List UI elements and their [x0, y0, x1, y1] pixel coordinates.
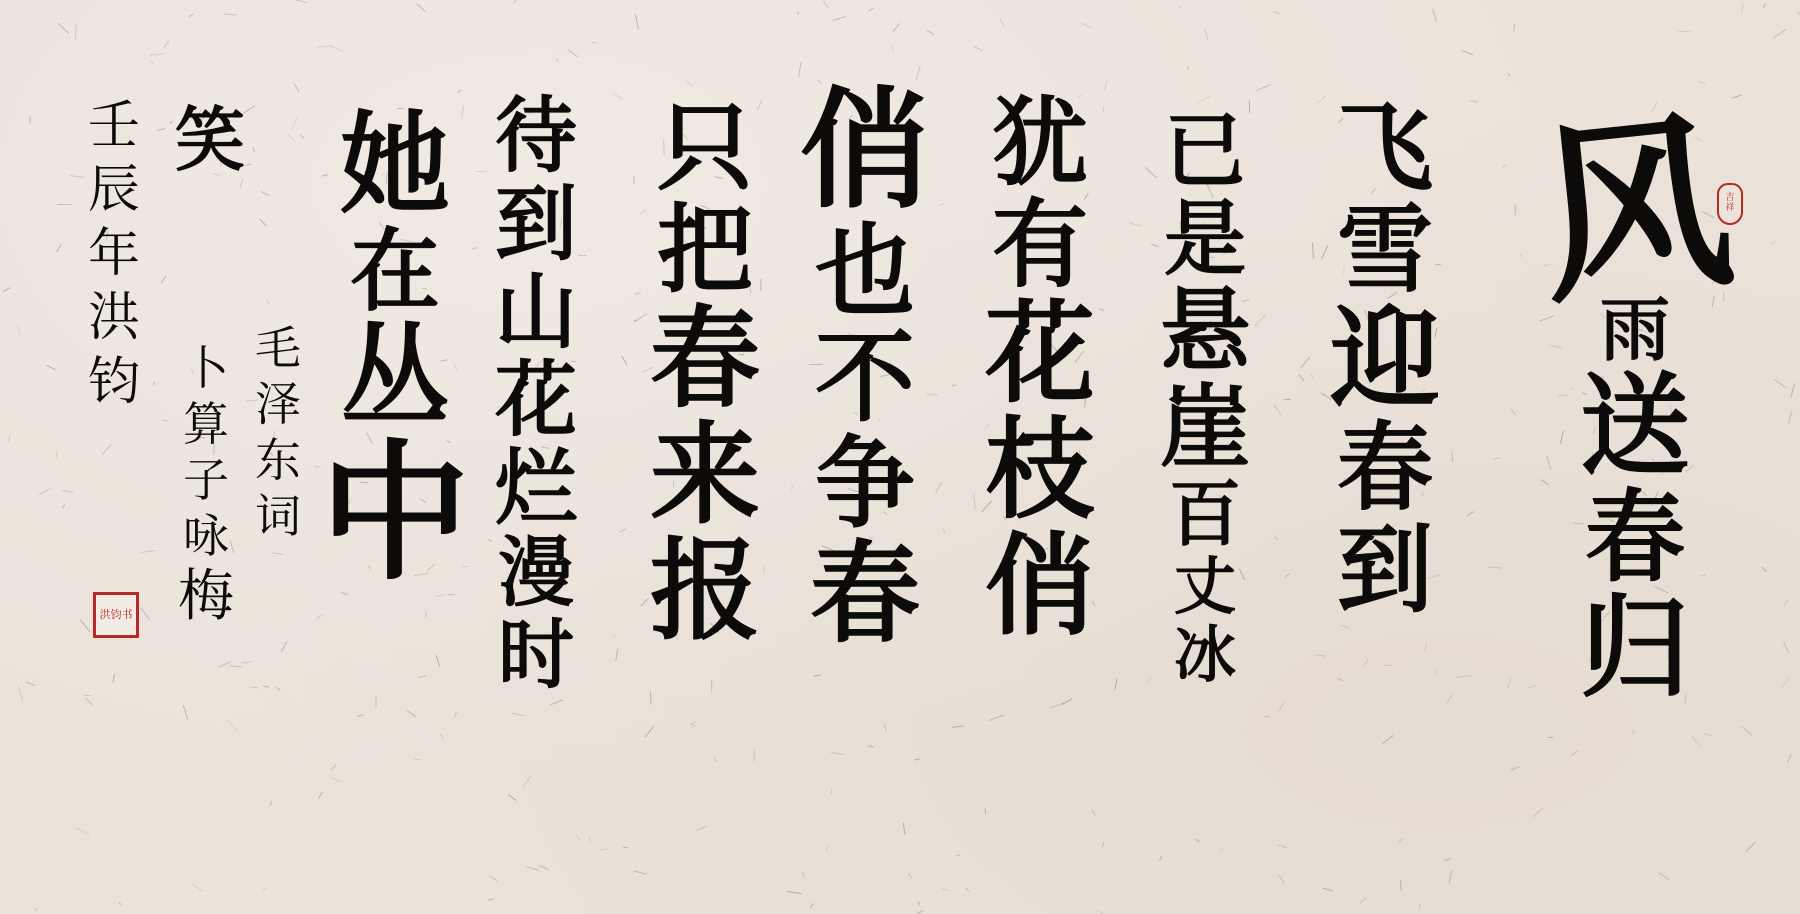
inscription-column-author: 毛 泽 东 词 — [255, 325, 301, 549]
poem-char: 待 — [495, 95, 577, 177]
inscription-char: 咏 — [183, 513, 229, 559]
leading-seal: 吉 祥 — [1717, 183, 1743, 225]
poem-char: 丈 — [1174, 556, 1236, 618]
poem-column-4: 犹 有 花 枝 俏 — [985, 95, 1095, 647]
poem-char: 时 — [498, 617, 574, 693]
poem-char: 崖 — [1160, 382, 1250, 472]
poem-column-8b: 笑 — [175, 105, 245, 181]
inscription-char: 算 — [183, 401, 229, 447]
poem-char: 春 — [810, 539, 920, 649]
signature-char: 壬 — [88, 100, 140, 152]
poem-char: 犹 — [992, 95, 1088, 191]
seal-text: 洪钧 — [100, 609, 122, 622]
poem-char: 俏 — [985, 531, 1095, 641]
poem-char: 飞 — [1337, 100, 1433, 196]
poem-char: 已 — [1164, 110, 1246, 192]
poem-char: 不 — [815, 327, 915, 427]
poem-char: 中 — [320, 438, 470, 588]
poem-char: 花 — [495, 359, 577, 441]
poem-char: 到 — [495, 183, 577, 265]
poem-char: 冰 — [1174, 624, 1236, 686]
inscription-char: 子 — [183, 457, 229, 503]
poem-column-8: 她 在 丛 中 — [320, 110, 470, 594]
poem-char: 在 — [350, 226, 440, 316]
poem-column-5: 俏 也 不 争 春 — [800, 85, 930, 655]
poem-char: 她 — [340, 110, 450, 220]
poem-char: 花 — [985, 299, 1095, 409]
poem-char: 漫 — [498, 535, 574, 611]
poem-char: 是 — [1164, 198, 1246, 280]
poem-column-1: 风 雨 送 春 归 — [1540, 115, 1730, 709]
inscription-char: 毛 — [255, 325, 301, 371]
inscription-char: 泽 — [255, 381, 301, 427]
signature-char: 洪 — [88, 292, 140, 344]
signature-column: 壬 辰 年 洪 钧 — [88, 100, 140, 420]
signature-char: 辰 — [88, 164, 140, 216]
poem-char: 风 — [1531, 106, 1740, 315]
poem-char: 来 — [650, 420, 760, 530]
poem-char: 归 — [1580, 593, 1690, 703]
inscription-column-title: 卜 算 子 咏 梅 — [178, 345, 234, 635]
signature-char: 钧 — [88, 356, 140, 408]
poem-char: 山 — [495, 271, 577, 353]
poem-char: 迎 — [1330, 304, 1440, 414]
poem-column-2: 飞 雪 迎 春 到 — [1330, 100, 1440, 624]
poem-char: 春 — [1337, 420, 1433, 516]
signature-char: 年 — [88, 228, 140, 280]
poem-char: 春 — [1585, 487, 1685, 587]
poem-char: 悬 — [1160, 286, 1250, 376]
poem-char: 争 — [815, 433, 915, 533]
poem-char: 送 — [1580, 371, 1690, 481]
poem-char: 到 — [1337, 522, 1433, 618]
poem-char: 也 — [815, 221, 915, 321]
poem-column-6: 只 把 春 来 报 — [650, 100, 760, 652]
poem-char: 春 — [650, 304, 760, 414]
poem-char: 只 — [657, 100, 753, 196]
poem-char: 雪 — [1337, 202, 1433, 298]
poem-char: 枝 — [985, 415, 1095, 525]
poem-char: 烂 — [495, 447, 577, 529]
poem-char: 报 — [650, 536, 760, 646]
inscription-char: 梅 — [178, 569, 234, 625]
seal-text: 书 — [122, 609, 133, 622]
poem-char: 笑 — [175, 105, 245, 175]
poem-column-7: 待 到 山 花 烂 漫 时 — [495, 95, 577, 699]
inscription-char: 东 — [255, 437, 301, 483]
name-seal: 洪钧 书 — [93, 592, 139, 638]
inscription-char: 卜 — [183, 345, 229, 391]
inscription-char: 词 — [255, 493, 301, 539]
poem-char: 丛 — [340, 322, 450, 432]
poem-char: 把 — [657, 202, 753, 298]
poem-column-3: 已 是 悬 崖 百 丈 冰 — [1160, 110, 1250, 692]
poem-char: 有 — [992, 197, 1088, 293]
seal-text: 祥 — [1725, 204, 1734, 214]
poem-char: 俏 — [800, 85, 930, 215]
poem-char: 百 — [1169, 478, 1241, 550]
